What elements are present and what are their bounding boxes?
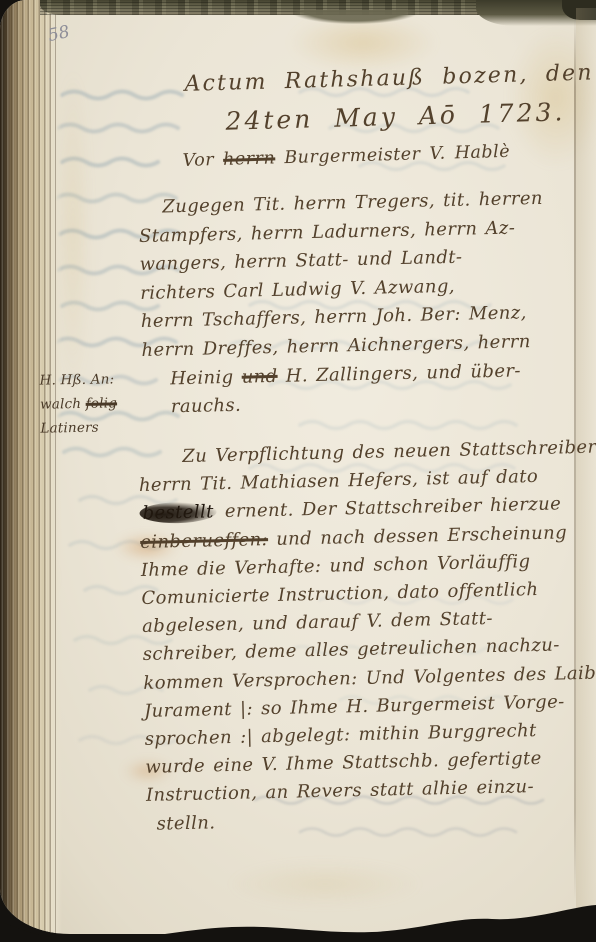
struck-word: folig	[86, 395, 118, 412]
line-text: und nach dessen Erscheinung	[268, 522, 567, 550]
heading-text: Burgermeister V. Hablè	[275, 142, 510, 169]
resolution-paragraph: Zu Verpflichtung des neuen Stattschreibe…	[138, 433, 596, 838]
struck-word: herrn	[223, 148, 276, 169]
struck-word: einberueffen:	[140, 529, 268, 553]
book-binding-gutter	[0, 0, 62, 934]
manuscript-photograph: 58 Actum Rathshauß bozen, den 24ten May …	[0, 0, 596, 942]
line-text: H. Zallingers, und über-	[277, 360, 521, 387]
record-heading: Actum Rathshauß bozen, den 24ten May Aō …	[180, 54, 596, 179]
heading-text: Vor	[182, 150, 223, 171]
attendance-paragraph: Zugegen Tit. herrn Tregers, tit. herren …	[138, 185, 548, 423]
margin-note: H. Hß. An: walch folig Latiners	[39, 367, 117, 440]
ink-blot-word: bestellt	[139, 502, 217, 525]
line-text: ernent. Der Stattschreiber hierzue	[217, 494, 562, 523]
line-text: Heinig	[170, 366, 242, 389]
line-text: walch	[40, 396, 86, 413]
margin-note-line: H. Hß. An:	[39, 367, 116, 392]
struck-word: und	[241, 365, 277, 387]
margin-note-line: Latiners	[40, 415, 117, 440]
manuscript-page: 58 Actum Rathshauß bozen, den 24ten May …	[0, 0, 596, 934]
margin-note-line: walch folig	[40, 391, 117, 416]
